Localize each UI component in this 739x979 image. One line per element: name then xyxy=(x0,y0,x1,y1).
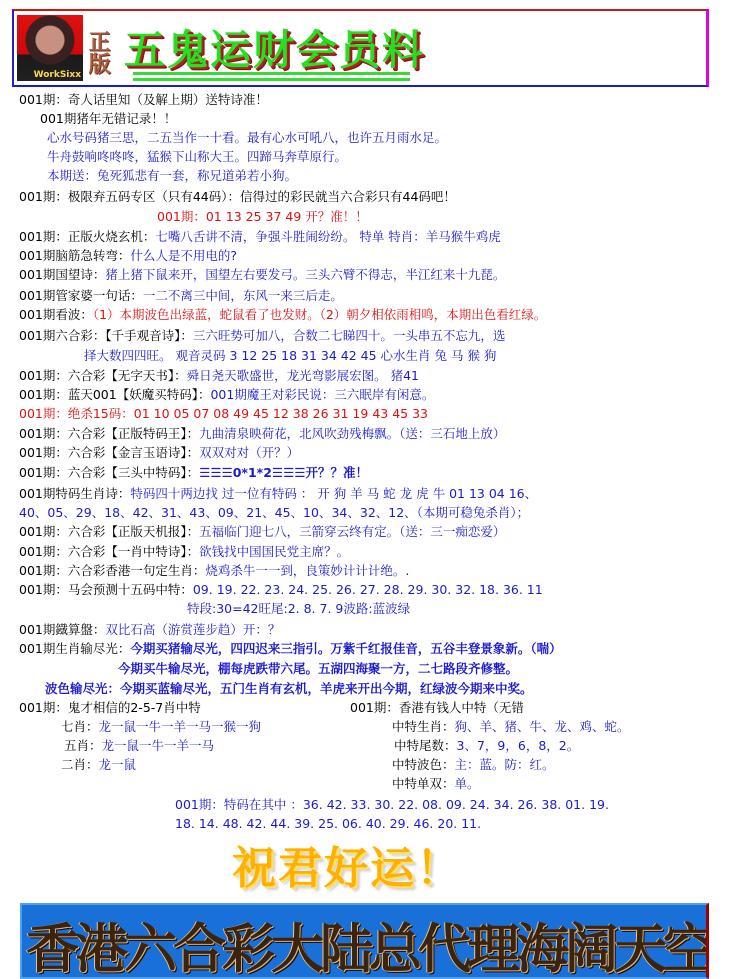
value: 001期魔王对彩民说：三六眠岸有闲意。 xyxy=(210,387,434,402)
line-killed-numbers: 001期：01 13 25 37 49 开？准！！ xyxy=(157,209,368,225)
value: 猪上猪下鼠来开，国望左右要发弓。三头六臂不得志，半江红来十九琵。 xyxy=(105,267,505,282)
special-numbers-line1: 001期：特码在其中 ：36. 42. 33. 30. 22. 08. 09. … xyxy=(175,797,609,813)
line-record: 001期猪年无错记录！！ xyxy=(40,111,176,127)
label: 001期：六合彩【金言玉语诗】： xyxy=(19,445,199,460)
footer-banner: 香港六合彩大陆总代理海阔天空提供 xyxy=(20,903,709,979)
line-heaven-report: 001期：六合彩【正版天机报】：五福临门迎七八，三箭穿云终有定。（送：三一痴恋爱… xyxy=(19,524,505,540)
value: 3、7，9，6，8，2。 xyxy=(457,738,580,753)
line-special-segment: 特段:30=42旺尾:2. 8. 7. 9波路:蓝波绿 xyxy=(187,601,410,617)
label: 001期：特码在其中 ： xyxy=(175,797,303,812)
label: 二肖： xyxy=(61,757,99,772)
seal-logo: 正版 xyxy=(88,30,110,80)
label: 五肖： xyxy=(64,738,102,753)
label: 001期看波： xyxy=(19,307,93,322)
label: 中特单双： xyxy=(392,776,455,791)
value: 舜日尧天歌盛世，龙光弯影展宏图。 猪41 xyxy=(187,368,419,383)
value: 龙一鼠一牛一羊一马一猴一狗 xyxy=(99,719,262,734)
value: 五福临门迎七八，三箭穿云终有定。（送：三一痴恋爱） xyxy=(199,524,505,539)
line-hk-zodiac: 001期：六合彩香港一句定生肖：烧鸡杀牛一一到，良策妙计计计绝。. xyxy=(19,563,409,579)
line-guanyin-numbers: 择大数四四旺。 观音灵码 3 12 25 18 31 34 42 45 心水生肖… xyxy=(84,348,496,364)
value: 七嘴八舌讲不清，争强斗胜闹纷纷。 特单 特肖：羊马猴牛鸡虎 xyxy=(155,229,500,244)
value: 今期买猪输尽光，四四迟来三指引。万紫千红报佳音，五谷丰登景象新。（喘） xyxy=(130,641,561,656)
right-row-wave: 中特波色：主：蓝。防：红。 xyxy=(392,757,555,773)
value: 09. 19. 22. 23. 24. 25. 26. 27. 28. 29. … xyxy=(193,582,543,597)
label: 001期生肖输尽光： xyxy=(19,641,130,656)
line-wordless-book: 001期：六合彩【无字天书】：舜日尧天歌盛世，龙光弯影展宏图。 猪41 xyxy=(19,368,419,384)
value: 九曲清泉映荷花，北风吹劲残梅飘。（送：三石地上放） xyxy=(199,426,505,441)
line-poem-intro: 001期：奇人话里知（及解上期）送特诗准！ xyxy=(19,92,268,108)
line-brain-teaser: 001期脑筋急转弯：什么人是不用电的? xyxy=(19,248,237,264)
left-row-five: 五肖：龙一鼠一牛一羊一马 xyxy=(64,738,214,754)
label: 001期：六合彩香港一句定生肖： xyxy=(19,563,205,578)
line-one-zodiac: 001期：六合彩【一肖中特诗】：欲钱找中国国民党主席？。 xyxy=(19,544,349,560)
label: 001期：蓝天001【妖魔买特码】： xyxy=(19,387,210,402)
label: 中特尾数： xyxy=(394,738,457,753)
label: 001期：马会预测十五码中特： xyxy=(19,582,193,597)
label: 波色输尽光： xyxy=(45,681,120,696)
line-zodiac-lose-2: 今期买牛输尽光，棚每虎跌带六尾。五湖四海聚一方，二七路段齐修整。 xyxy=(118,661,518,677)
line-golden-words: 001期：六合彩【金言玉语诗】：双双对对（开？） xyxy=(19,445,299,461)
label: 001期鐡算盤： xyxy=(19,622,105,637)
left-block-heading: 001期：鬼才相信的2-5-7肖中特 xyxy=(19,700,201,716)
value: 主：蓝。防：红。 xyxy=(455,757,555,772)
value: 今期买蓝输尽光，五门生肖有玄机，羊虎来开出今期，红绿波今期来中奖。 xyxy=(120,681,533,696)
value: 单。 xyxy=(455,776,480,791)
value: 特码四十两边找 过一位有特码 ： 开 狗 羊 马 蛇 龙 虎 牛 01 13 0… xyxy=(130,486,537,501)
left-row-two: 二肖：龙一鼠 xyxy=(61,757,136,773)
line-kill-15: 001期：绝杀15码：01 10 05 07 08 49 45 12 38 26… xyxy=(19,406,428,422)
right-row-tail: 中特尾数：3、7，9，6，8，2。 xyxy=(394,738,579,754)
line-poem-3: 本期送：兔死狐悲有一套，称兄道弟若小狗。 xyxy=(47,168,297,184)
line-limit-zone: 001期：极限弃五码专区（只有44码）：信得过的彩民就当六合彩只有44码吧！ xyxy=(19,189,456,205)
value: 烧鸡杀牛一一到，良策妙计计计绝。. xyxy=(205,563,409,578)
photo-tag: WorkSixx xyxy=(34,70,81,80)
label: 001期：六合彩【一肖中特诗】： xyxy=(19,544,199,559)
left-row-seven: 七肖：龙一鼠一牛一羊一马一猴一狗 xyxy=(61,719,261,735)
label: 中特波色： xyxy=(392,757,455,772)
line-zodiac-lose: 001期生肖输尽光：今期买猪输尽光，四四迟来三指引。万紫千红报佳音，五谷丰登景象… xyxy=(19,641,562,657)
label: 001期脑筋急转弯： xyxy=(19,248,130,263)
right-row-zodiac: 中特生肖：狗、羊、猪、牛、龙、鸡、蛇。 xyxy=(392,719,630,735)
line-zodiac-numbers: 40、05、29、18、42、31、43、09、21、45、10、34、32、1… xyxy=(19,505,529,521)
line-jockey-15: 001期：马会预测十五码中特：09. 19. 22. 23. 24. 25. 2… xyxy=(19,582,543,598)
label: 001期：六合彩【正版天机报】： xyxy=(19,524,199,539)
right-row-odd-even: 中特单双：单。 xyxy=(392,776,480,792)
line-wave-color: 001期看波：（1）本期波色出绿蓝，蛇鼠看了也发财。（2）朝夕相依雨相鸣，本期出… xyxy=(19,307,546,323)
value: 36. 42. 33. 30. 22. 08. 09. 24. 34. 26. … xyxy=(303,797,609,812)
line-poem-1: 心水号码猪三思，二五当作一十看。最有心水可吼八，也许五月雨水足。 xyxy=(47,130,447,146)
line-three-heads: 001期：六合彩【三头中特码】：☰☰☰0*1*2☰☰☰开？？准！ xyxy=(19,465,368,481)
good-luck-banner: 祝君好运！ xyxy=(232,832,462,896)
footer-text: 香港六合彩大陆总代理海阔天空提供 xyxy=(26,907,709,979)
line-housekeeper: 001期管家婆一句话：一二不离三中间，东风一来三后走。 xyxy=(19,288,343,304)
value: 三六旺势可加八，合数二七睇四十。一头串五不忘九，选 xyxy=(193,328,506,343)
line-fire-mystery: 001期：正版火烧玄机：七嘴八舌讲不清，争强斗胜闹纷纷。 特单 特肖：羊马猴牛鸡… xyxy=(19,229,501,245)
label: 001期管家婆一句话： xyxy=(19,288,143,303)
line-guanyin-poem: 001期六合彩：【千手观音诗】：三六旺势可加八，合数二七睇四十。一头串五不忘九，… xyxy=(19,328,505,344)
line-zodiac-poem: 001期特码生肖诗：特码四十两边找 过一位有特码 ： 开 狗 羊 马 蛇 龙 虎… xyxy=(19,486,537,502)
right-block-heading: 001期：香港有钱人中特（无错 xyxy=(350,700,524,716)
label: 001期国望诗： xyxy=(19,267,105,282)
label: 中特生肖： xyxy=(392,719,455,734)
label: 001期特码生肖诗： xyxy=(19,486,130,501)
line-special-king: 001期：六合彩【正版特码王】：九曲清泉映荷花，北风吹劲残梅飘。（送：三石地上放… xyxy=(19,426,505,442)
value: 欲钱找中国国民党主席？。 xyxy=(199,544,349,559)
label: 001期：六合彩【无字天书】： xyxy=(19,368,187,383)
label: 七肖： xyxy=(61,719,99,734)
line-national-poem: 001期国望诗：猪上猪下鼠来开，国望左右要发弓。三头六臂不得志，半江红来十九琵。 xyxy=(19,267,505,283)
title-underline xyxy=(133,78,410,81)
value: 一二不离三中间，东风一来三后走。 xyxy=(143,288,343,303)
line-demon-code: 001期：蓝天001【妖魔买特码】：001期魔王对彩民说：三六眠岸有闲意。 xyxy=(19,387,434,403)
title-underline xyxy=(133,72,410,75)
value: 龙一鼠一牛一羊一马 xyxy=(102,738,215,753)
line-poem-2: 牛舟鼓响咚咚咚，猛猴下山称大王。四蹄马奔草原行。 xyxy=(47,149,347,165)
value: 龙一鼠 xyxy=(99,757,137,772)
label: 001期六合彩：【千手观音诗】： xyxy=(19,328,193,343)
label: 001期：正版火烧玄机： xyxy=(19,229,155,244)
line-abacus: 001期鐡算盤：双比石高（游赏莲步趋）开：？ xyxy=(19,622,280,638)
value: 双比石高（游赏莲步趋）开：？ xyxy=(105,622,280,637)
value: （1）本期波色出绿蓝，蛇鼠看了也发财。（2）朝夕相依雨相鸣，本期出色看红绿。 xyxy=(93,307,546,322)
line-wave-lose: 波色输尽光：今期买蓝输尽光，五门生肖有玄机，羊虎来开出今期，红绿波今期来中奖。 xyxy=(45,681,533,697)
avatar-photo: WorkSixx xyxy=(17,15,83,81)
label: 001期：六合彩【三头中特码】： xyxy=(19,465,199,480)
value: 双双对对（开？） xyxy=(199,445,299,460)
label: 001期：六合彩【正版特码王】： xyxy=(19,426,199,441)
value: 狗、羊、猪、牛、龙、鸡、蛇。 xyxy=(455,719,630,734)
special-numbers-line2: 18. 14. 48. 42. 44. 39. 25. 06. 40. 29. … xyxy=(175,816,481,832)
value: ☰☰☰0*1*2☰☰☰开？？准！ xyxy=(199,465,368,480)
value: 什么人是不用电的? xyxy=(130,248,237,263)
page-title: 五鬼运财会员料 xyxy=(124,17,425,76)
